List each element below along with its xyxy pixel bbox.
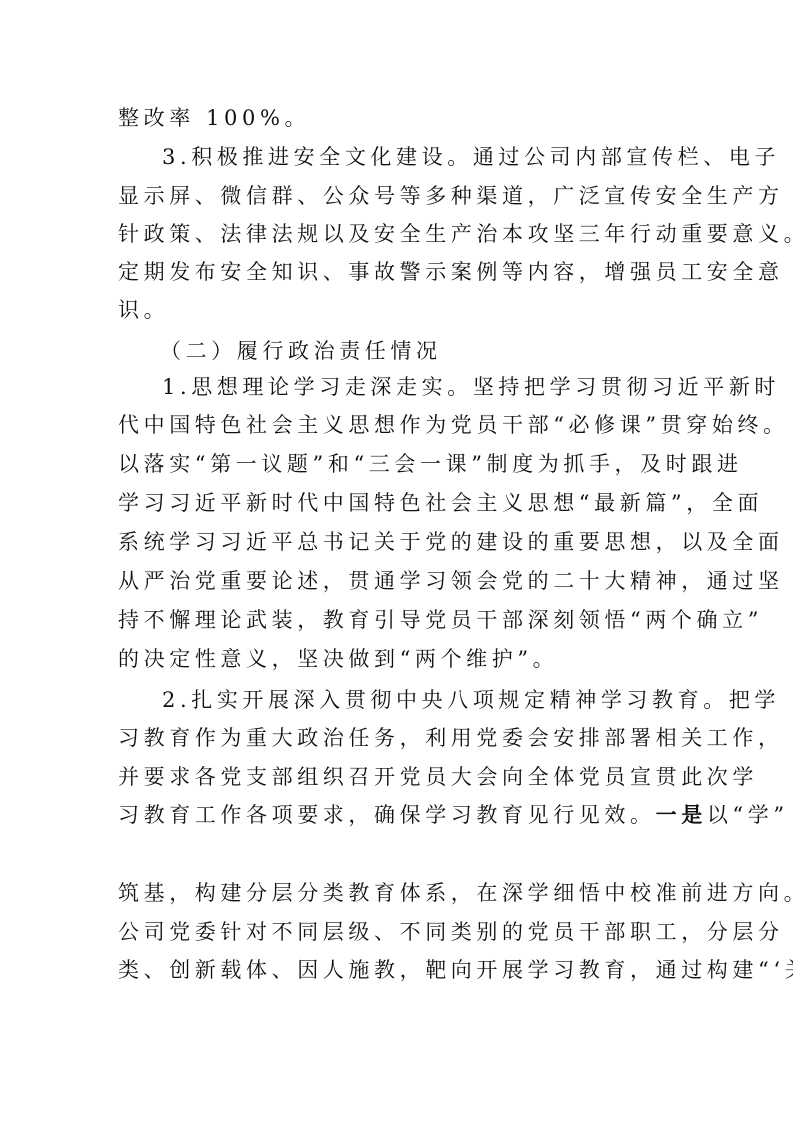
- text-line: 以落实“第一议题”和“三会一课”制度为抓手，及时跟进: [118, 450, 684, 478]
- text-line: 整改率 100%。: [118, 104, 684, 132]
- text-line: 定期发布安全知识、事故警示案例等内容，增强员工安全意: [118, 258, 684, 286]
- text-line: 针政策、法律法规以及安全生产治本攻坚三年行动重要意义。: [118, 220, 684, 248]
- text-line: 的决定性意义，坚决做到“两个维护”。: [118, 645, 684, 673]
- paragraph-1-start: 1.思想理论学习走深走实。坚持把学习贯彻习近平新时: [162, 373, 684, 401]
- text-segment: 习教育工作各项要求，确保学习教育见行见效。: [118, 803, 656, 827]
- text-line: 并要求各党支部组织召开党员大会向全体党员宣贯此次学: [118, 763, 684, 791]
- document-page: 整改率 100%。 3.积极推进安全文化建设。通过公司内部宣传栏、电子 显示屏、…: [0, 0, 793, 1122]
- paragraph-2-start: 2.扎实开展深入贯彻中央八项规定精神学习教育。把学: [162, 686, 684, 714]
- text-line: 公司党委针对不同层级、不同类别的党员干部职工，分层分: [118, 918, 684, 946]
- section-heading: （二）履行政治责任情况: [160, 337, 726, 365]
- text-line: 习教育作为重大政治任务，利用党委会安排部署相关工作，: [118, 724, 684, 752]
- text-line: 持不懈理论武装，教育引导党员干部深刻领悟“两个确立”: [118, 606, 684, 634]
- text-line: 代中国特色社会主义思想作为党员干部“必修课”贯穿始终。: [118, 411, 684, 439]
- paragraph-3-start: 3.积极推进安全文化建设。通过公司内部宣传栏、电子: [162, 143, 684, 171]
- text-line-with-bold: 习教育工作各项要求，确保学习教育见行见效。一是以“学”: [118, 801, 684, 829]
- text-segment: 以“学”: [707, 803, 789, 827]
- text-line: 类、创新载体、因人施教，靶向开展学习教育，通过构建“‘关: [118, 956, 684, 984]
- text-line: 识。: [118, 296, 684, 324]
- text-line: 显示屏、微信群、公众号等多种渠道，广泛宣传安全生产方: [118, 182, 684, 210]
- text-line: 系统学习习近平总书记关于党的建设的重要思想，以及全面: [118, 528, 684, 556]
- bold-emphasis: 一是: [656, 802, 707, 827]
- text-line: 从严治党重要论述，贯通学习领会党的二十大精神，通过坚: [118, 567, 684, 595]
- text-line: 筑基，构建分层分类教育体系，在深学细悟中校准前进方向。: [118, 879, 684, 907]
- text-line: 学习习近平新时代中国特色社会主义思想“最新篇”，全面: [118, 489, 684, 517]
